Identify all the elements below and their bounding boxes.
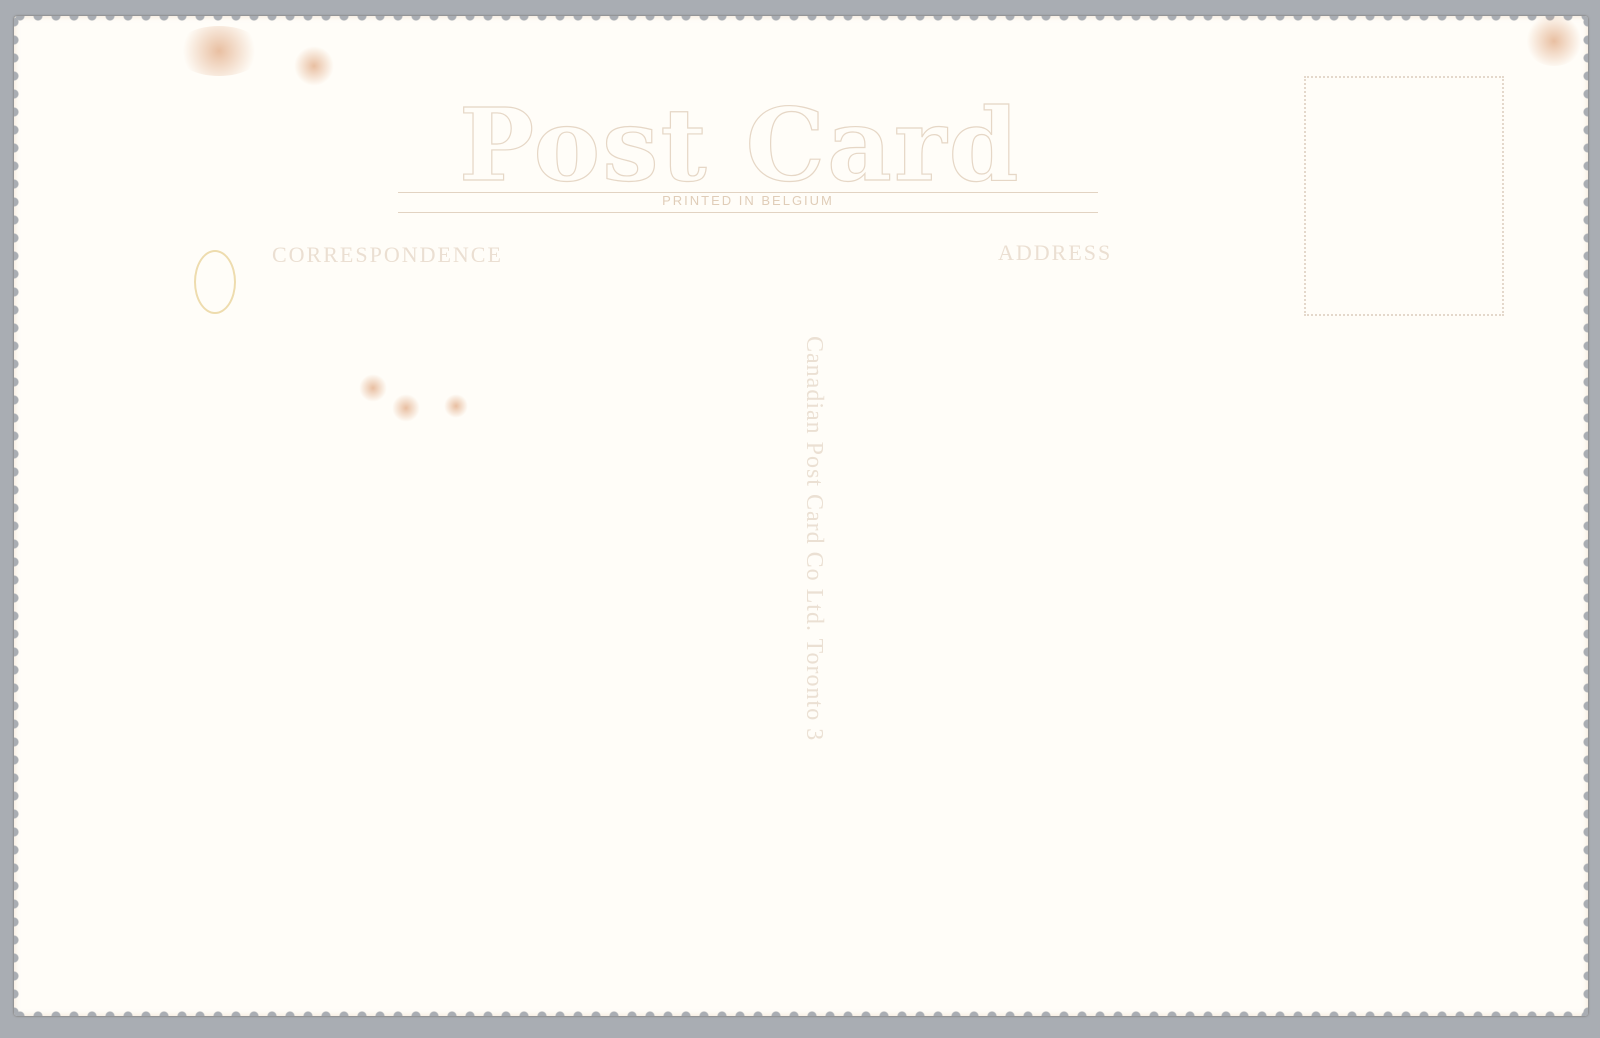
foxing-stain bbox=[174, 26, 264, 76]
correspondence-label: CORRESPONDENCE bbox=[272, 242, 503, 268]
water-ring-stain bbox=[194, 250, 236, 314]
stamp-box bbox=[1304, 76, 1504, 316]
foxing-stain bbox=[1524, 16, 1584, 66]
printed-in-label: PRINTED IN BELGIUM bbox=[398, 193, 1098, 208]
foxing-stain bbox=[294, 46, 334, 86]
foxing-stain bbox=[392, 394, 420, 422]
title-rule-bottom bbox=[398, 212, 1098, 213]
publisher-divider-text: Canadian Post Card Co Ltd. Toronto 3 bbox=[800, 336, 827, 741]
postcard-back: Post Card PRINTED IN BELGIUM CORRESPONDE… bbox=[14, 16, 1588, 1016]
postcard-title: Post Card bbox=[459, 86, 1021, 204]
address-label: ADDRESS bbox=[998, 240, 1112, 266]
foxing-stain bbox=[444, 394, 468, 418]
foxing-stain bbox=[359, 374, 387, 402]
